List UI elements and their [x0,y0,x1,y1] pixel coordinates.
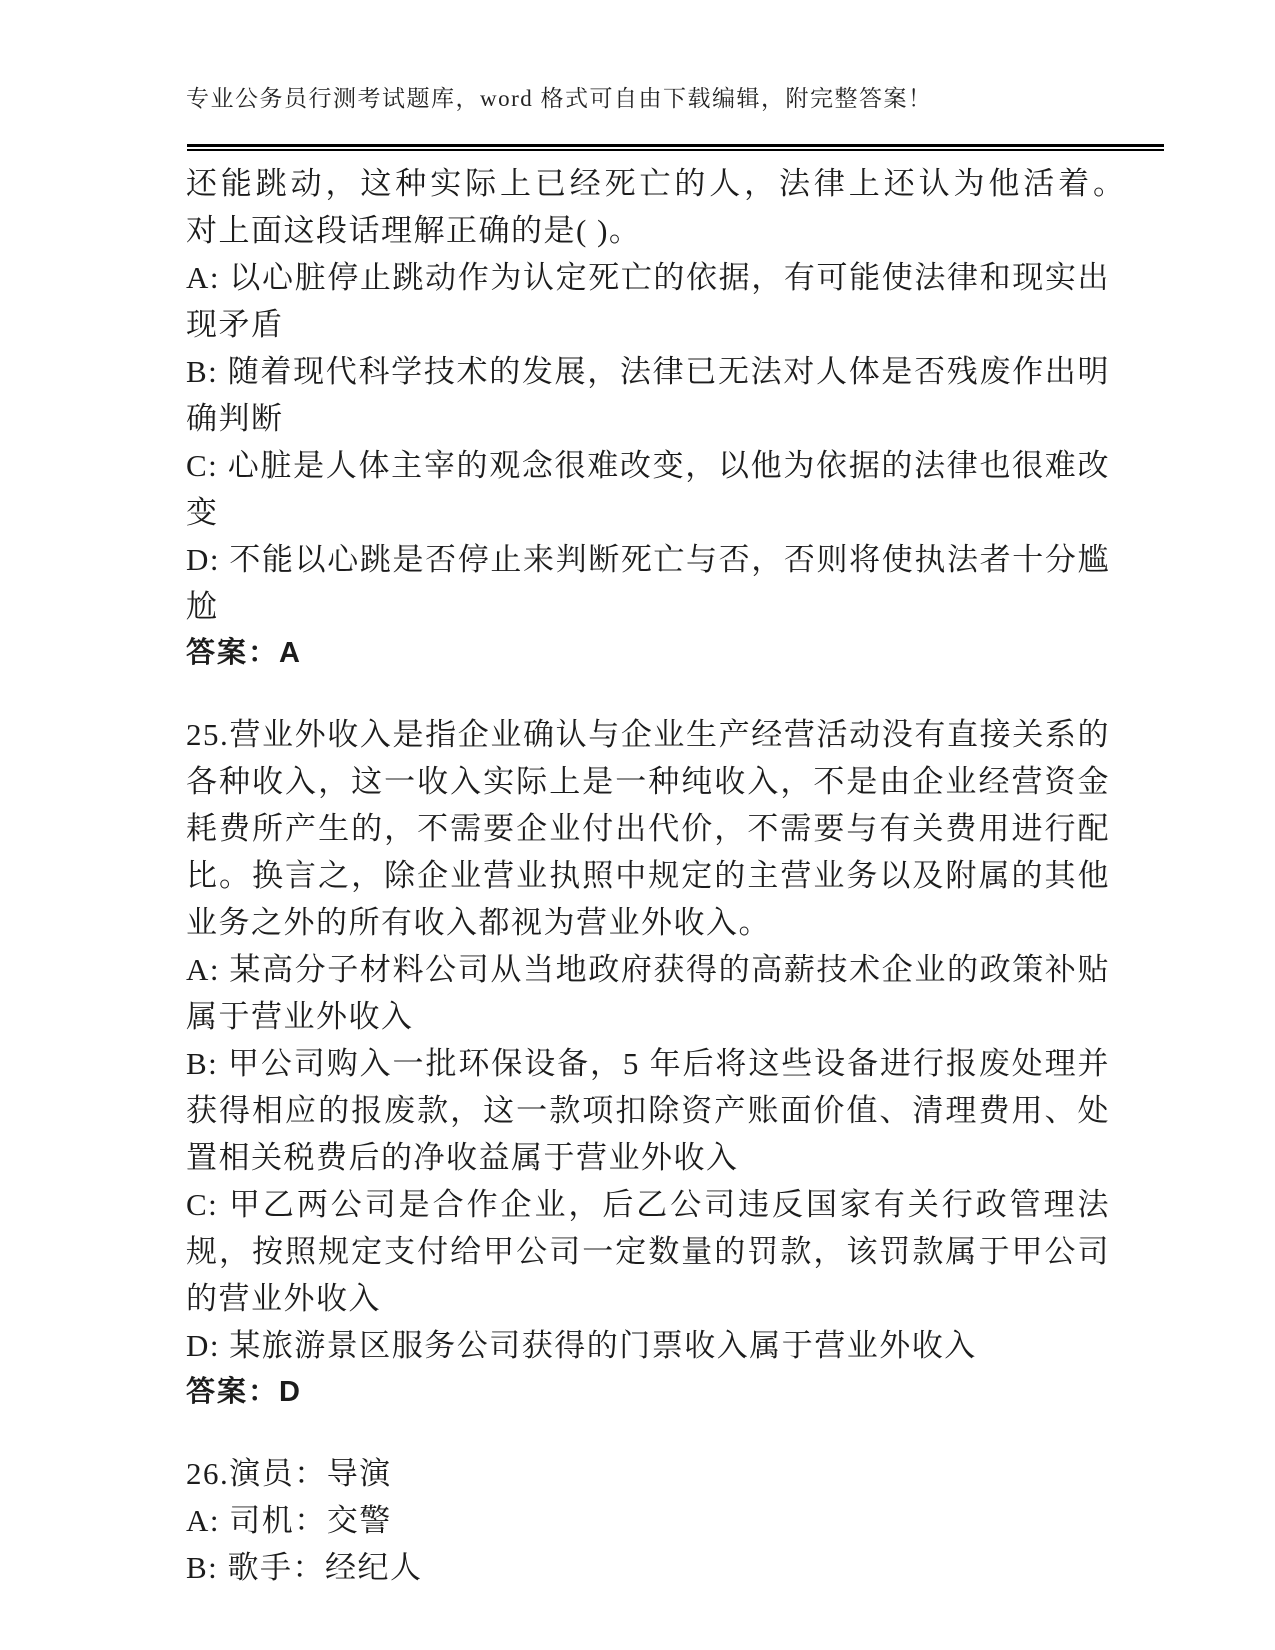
header-rule-thin-line [187,149,1164,151]
header-rule [187,144,1164,151]
question-25-option-a: A: 某高分子材料公司从当地政府获得的高薪技术企业的政策补贴属于营业外收入 [186,946,1110,1040]
page-header-text: 专业公务员行测考试题库，word 格式可自由下载编辑，附完整答案！ [186,80,1166,113]
question-25-stem: 25.营业外收入是指企业确认与企业生产经营活动没有直接关系的各种收入，这一收入实… [186,711,1110,946]
question-26-stem: 26.演员：导演 [186,1450,1110,1497]
question-24-answer: 答案：A [186,630,1110,677]
question-26-option-b: B: 歌手：经纪人 [186,1544,1110,1591]
question-24-option-d: D: 不能以心跳是否停止来判断死亡与否，否则将使执法者十分尴尬 [186,536,1110,630]
question-25-option-d: D: 某旅游景区服务公司获得的门票收入属于营业外收入 [186,1322,1110,1369]
question-25-option-b: B: 甲公司购入一批环保设备，5 年后将这些设备进行报废处理并获得相应的报废款，… [186,1040,1110,1181]
document-body: 还能跳动，这种实际上已经死亡的人，法律上还认为他活着。 对上面这段话理解正确的是… [186,160,1110,1591]
question-26-block: 26.演员：导演 A: 司机：交警 B: 歌手：经纪人 [186,1450,1110,1591]
question-24-option-c: C: 心脏是人体主宰的观念很难改变，以他为依据的法律也很难改变 [186,442,1110,536]
question-26-option-a: A: 司机：交警 [186,1497,1110,1544]
question-25-answer: 答案：D [186,1369,1110,1416]
question-24-block: 还能跳动，这种实际上已经死亡的人，法律上还认为他活着。 对上面这段话理解正确的是… [186,160,1110,677]
question-24-stem-continuation: 还能跳动，这种实际上已经死亡的人，法律上还认为他活着。 对上面这段话理解正确的是… [186,160,1110,254]
question-24-option-b: B: 随着现代科学技术的发展，法律已无法对人体是否残废作出明确判断 [186,348,1110,442]
question-25-block: 25.营业外收入是指企业确认与企业生产经营活动没有直接关系的各种收入，这一收入实… [186,711,1110,1416]
question-25-option-c: C: 甲乙两公司是合作企业，后乙公司违反国家有关行政管理法规，按照规定支付给甲公… [186,1181,1110,1322]
document-page: 专业公务员行测考试题库，word 格式可自由下载编辑，附完整答案！ 还能跳动，这… [0,0,1275,1650]
question-24-option-a: A: 以心脏停止跳动作为认定死亡的依据，有可能使法律和现实出现矛盾 [186,254,1110,348]
